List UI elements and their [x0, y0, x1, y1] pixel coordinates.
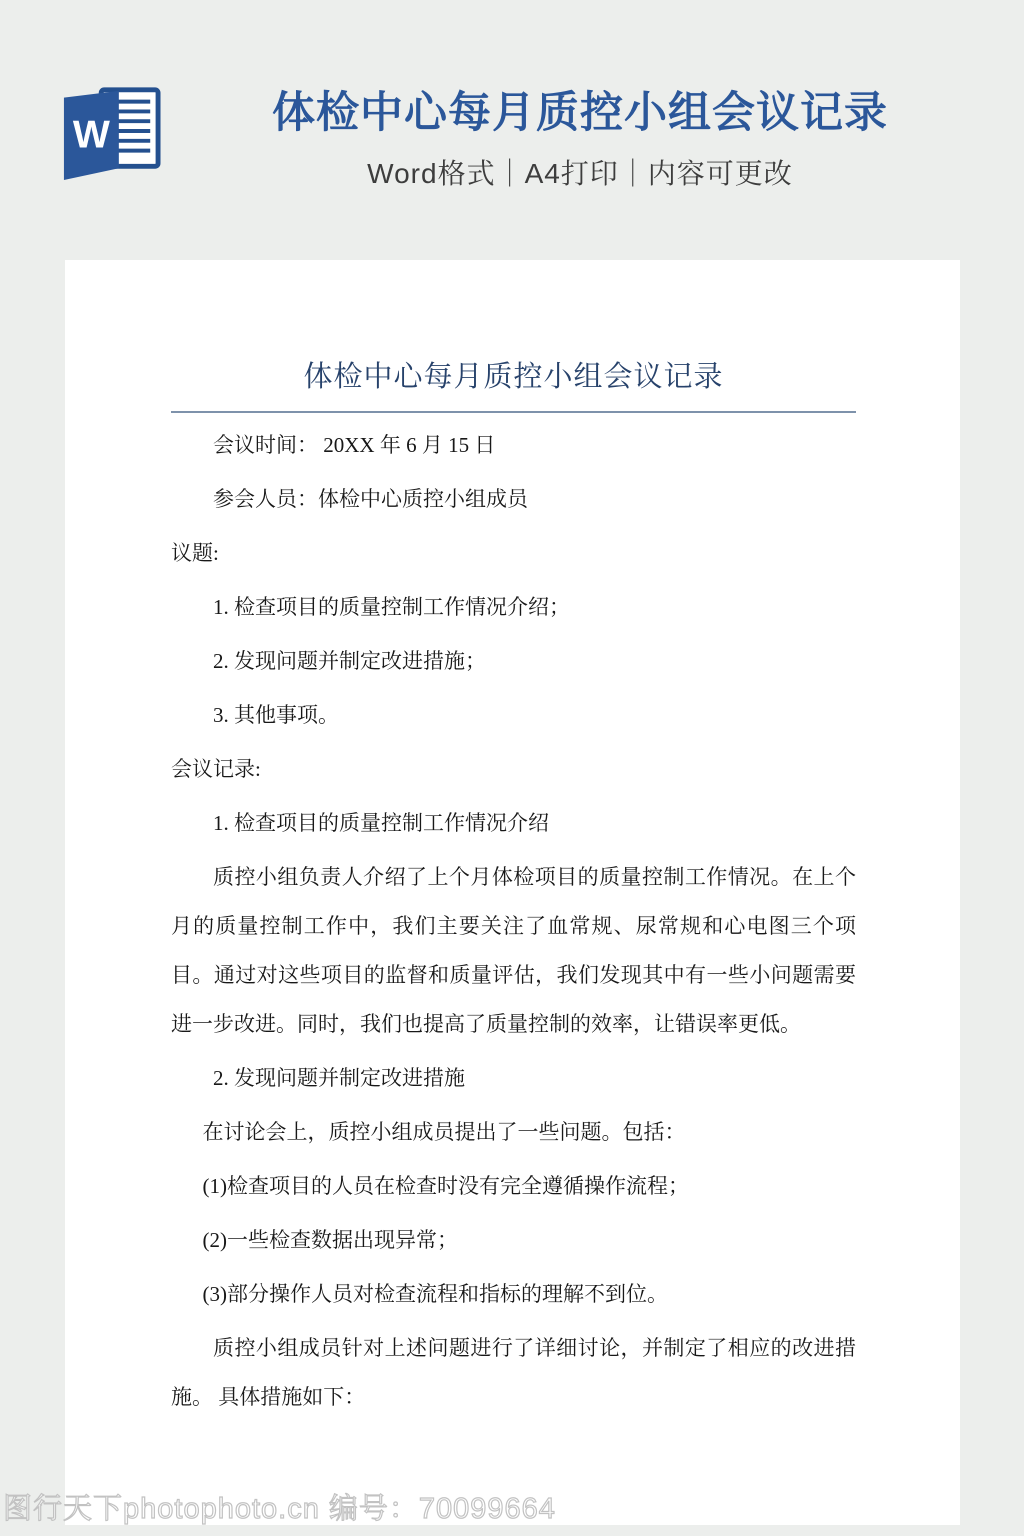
agenda-item-3: 3. 其他事项。 [171, 691, 856, 740]
page-title: 体检中心每月质控小组会议记录 [150, 90, 1010, 137]
page-subtitle: Word格式｜A4打印｜内容可更改 [150, 152, 1010, 192]
document-page: 体检中心每月质控小组会议记录 会议时间： 20XX 年 6 月 15 日 参会人… [65, 260, 960, 1525]
agenda-heading: 议题: [171, 529, 856, 578]
meeting-time-line: 会议时间： 20XX 年 6 月 15 日 [171, 421, 856, 470]
minutes-heading: 会议记录: [171, 745, 856, 794]
word-logo-letter: W [73, 114, 110, 157]
minutes-item-1-title: 1. 检查项目的质量控制工作情况介绍 [171, 799, 856, 848]
problems-intro-line: 在讨论会上，质控小组成员提出了一些问题。包括： [171, 1108, 856, 1157]
agenda-item-2: 2. 发现问题并制定改进措施； [171, 637, 856, 686]
document-body: 体检中心每月质控小组会议记录 会议时间： 20XX 年 6 月 15 日 参会人… [65, 260, 960, 1422]
minutes-item-2-title: 2. 发现问题并制定改进措施 [171, 1054, 856, 1103]
problem-2: (2)一些检查数据出现异常； [171, 1216, 856, 1265]
improvement-measures-intro: 质控小组成员针对上述问题进行了详细讨论，并制定了相应的改进措施。 具体措施如下： [171, 1324, 856, 1422]
header: 体检中心每月质控小组会议记录 Word格式｜A4打印｜内容可更改 [150, 90, 1010, 192]
problem-1: (1)检查项目的人员在检查时没有完全遵循操作流程； [171, 1162, 856, 1211]
document-title: 体检中心每月质控小组会议记录 [171, 354, 856, 413]
problem-3: (3)部分操作人员对检查流程和指标的理解不到位。 [171, 1270, 856, 1319]
word-logo-icon: W [58, 82, 164, 182]
watermark-text: 图行天下photophoto.cn 编号：70099664 [3, 1486, 556, 1527]
minutes-item-1-body: 质控小组负责人介绍了上个月体检项目的质量控制工作情况。在上个月的质量控制工作中，… [171, 853, 856, 1049]
attendees-line: 参会人员：体检中心质控小组成员 [171, 475, 856, 524]
agenda-item-1: 1. 检查项目的质量控制工作情况介绍； [171, 583, 856, 632]
